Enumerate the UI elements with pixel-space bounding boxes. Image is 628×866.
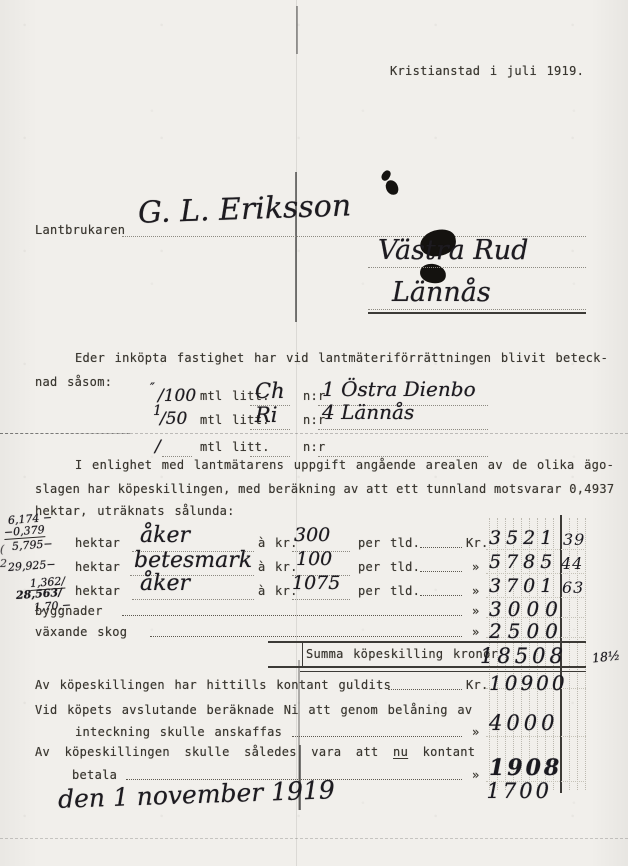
margin-ghost-mark: 2: [0, 557, 7, 570]
paid-amount: 10900: [489, 671, 557, 695]
summa-box-bottom-rule: [268, 666, 586, 668]
leader-dots: [420, 547, 462, 548]
address-underline: [368, 312, 586, 314]
leader-dots: [420, 595, 462, 596]
due-row-line-1-pre: Av köpeskillingen skulle således vara at…: [35, 745, 379, 759]
currency-label: Kr.: [466, 537, 489, 550]
price-value: 1075: [292, 572, 340, 594]
leader-dots: [292, 736, 462, 737]
per-tld-label: per tld.: [358, 537, 420, 550]
leader-dots: [420, 571, 462, 572]
mtl-nr-value: 1 Östra Dienbo: [322, 377, 476, 401]
amount-ore: 39: [563, 530, 585, 549]
summa-margin-note: 18½: [591, 648, 620, 666]
currency-label: Kr.: [466, 679, 489, 692]
loan-row-line-2: inteckning skulle anskaffas: [75, 726, 282, 739]
address-rule-2: [368, 309, 586, 310]
land-kind-value: betesmark: [134, 548, 252, 573]
amount-ore: 63: [562, 578, 584, 597]
horizontal-crease-line-dark: [0, 433, 130, 434]
margin-ghost-mark: (: [0, 543, 4, 556]
mtl-litt-value: Ch: [255, 379, 285, 403]
summa-amount: 18508: [480, 644, 558, 668]
loan-row-line-1: Vid köpets avslutande beräknade Ni att g…: [35, 704, 472, 717]
amount-kronor: 3521: [489, 527, 557, 549]
mtl-litt-label: mtl litt.: [200, 441, 270, 454]
amount-kronor: 2500: [489, 619, 557, 643]
mtl-value-rule: [318, 456, 488, 457]
hektar-label: hektar: [75, 561, 120, 574]
mtl-nr-label: n:r: [303, 441, 326, 454]
ledger-row-line: [486, 573, 586, 574]
calc-intro-line-2: slagen har köpeskillingen, med beräkning…: [35, 483, 614, 496]
address-line-2: Lännås: [392, 277, 491, 308]
leader-dots: [388, 689, 462, 690]
ledger-row-line: [486, 549, 586, 550]
amount-kronor: 3000: [489, 597, 557, 621]
address-rule-1: [368, 267, 586, 268]
ledger-row-line: [486, 736, 586, 737]
vertical-fold-segment: [296, 6, 298, 54]
summa-box-top-rule: [268, 641, 586, 643]
margin-calc: 5,795−: [12, 537, 54, 553]
due-row-nu-underlined: nu: [393, 745, 408, 759]
currency-label: »: [472, 585, 480, 598]
currency-label: »: [472, 605, 480, 618]
hektar-label: hektar: [75, 537, 120, 550]
land-kind-rule: [132, 599, 254, 600]
summa-label: Summa köpeskilling kronor: [306, 648, 498, 661]
paid-row-text: Av köpeskillingen har hittills kontant g…: [35, 679, 391, 692]
leader-dots: [150, 636, 462, 637]
mtl-litt-value: Ri: [255, 403, 278, 427]
mtl-litt-rule: [250, 456, 290, 457]
a-kr-label: à kr.: [258, 537, 298, 550]
due-row-line-1: Av köpeskillingen skulle således vara at…: [35, 746, 475, 759]
recipient-name: G. L. Eriksson: [137, 188, 351, 230]
recipient-label: Lantbrukaren: [35, 224, 125, 237]
ink-blot: [385, 179, 400, 196]
mtl-value-rule: [318, 429, 488, 430]
amount-kronor: 3701: [489, 575, 557, 597]
row-label: byggnader: [35, 605, 103, 618]
land-kind-value: åker: [140, 523, 190, 548]
date-line: Kristianstad i juli 1919.: [390, 65, 584, 78]
scanned-document-page: Kristianstad i juli 1919. Lantbrukaren G…: [0, 0, 628, 866]
price-value: 300: [294, 524, 330, 546]
currency-label: »: [472, 626, 480, 639]
currency-label: »: [472, 726, 480, 739]
currency-label: »: [472, 769, 480, 782]
mtl-fraction-rule: [162, 456, 192, 457]
mtl-fraction: /50: [160, 409, 187, 429]
per-tld-label: per tld.: [358, 585, 420, 598]
mtl-nr-value: 4 Lännås: [322, 400, 414, 424]
hektar-label: hektar: [75, 585, 120, 598]
due-amount: 1908: [489, 755, 557, 781]
price-value: 100: [296, 548, 332, 570]
per-tld-label: per tld.: [358, 561, 420, 574]
address-line-1: Västra Rud: [378, 235, 528, 266]
mtl-litt-rule: [250, 429, 290, 430]
due-row-line-2: betala: [72, 769, 117, 782]
calc-intro-line-3: hektar, uträknats sålunda:: [35, 505, 235, 518]
mtl-fraction-numerator: ″: [150, 381, 155, 396]
mtl-fraction: /100: [158, 386, 196, 406]
land-kind-value: åker: [140, 571, 190, 596]
currency-label: »: [472, 561, 480, 574]
due-amount-extra: 1700: [484, 779, 552, 803]
price-rule: [292, 599, 350, 600]
mtl-fraction: /: [155, 437, 161, 457]
ledger-column-line: [585, 518, 586, 790]
leader-dots: [122, 615, 462, 616]
summa-box-left-rule: [302, 641, 303, 667]
intro-line-2: nad såsom:: [35, 376, 112, 389]
bottom-crease-line: [0, 838, 628, 839]
loan-amount: 4000: [489, 711, 557, 735]
calc-intro-line-1: I enlighet med lantmätarens uppgift angå…: [75, 459, 614, 472]
due-row-line-1-post: kontant: [423, 745, 476, 759]
amount-kronor: 5785: [489, 551, 557, 573]
intro-line-1: Eder inköpta fastighet har vid lantmäter…: [75, 352, 608, 365]
amount-ore: 44: [561, 554, 583, 573]
margin-calc: 29,925−: [8, 558, 57, 574]
row-label: växande skog: [35, 626, 127, 639]
